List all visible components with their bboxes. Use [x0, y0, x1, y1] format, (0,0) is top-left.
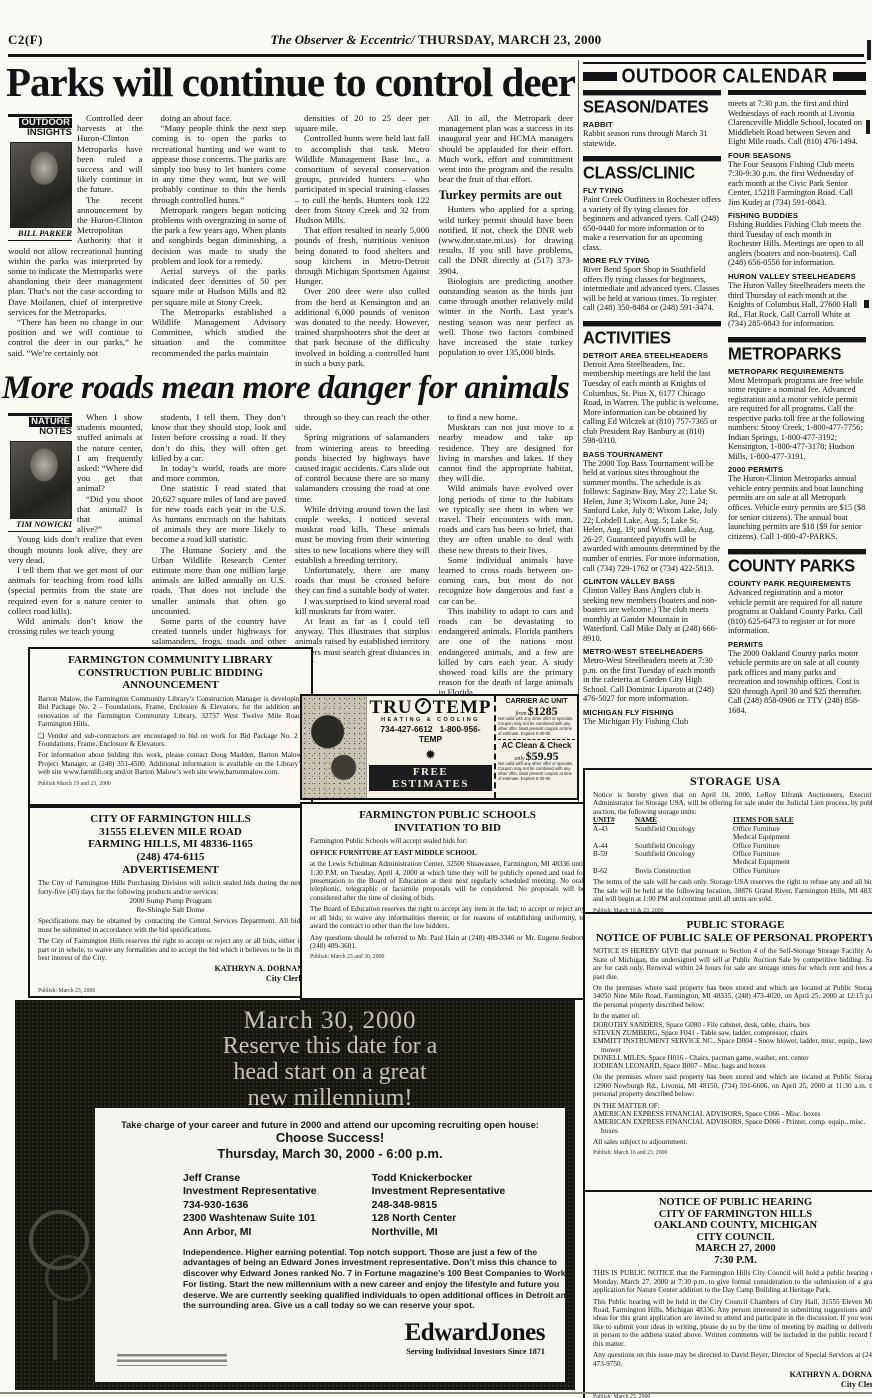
public-storage-lead2: IN THE MATTER OF: [593, 1102, 872, 1110]
edward-jones-headline: March 30, 2000 Reserve this date for ahe… [95, 1008, 565, 1112]
article2-col4: to find a new home.Muskrats can not just… [439, 412, 574, 696]
columnist-photo [10, 441, 72, 519]
calendar-col1: SEASON/DATESRABBITRabbit season runs thr… [583, 90, 721, 764]
scan-artifact [867, 40, 871, 60]
outdoor-calendar-title: OUTDOOR CALENDAR [622, 65, 828, 89]
publish-line: Publish: March 23, 2000 [38, 988, 303, 994]
public-storage-p4: All sales subject to adjournment. [593, 1138, 872, 1146]
public-storage-p1: NOTICE IS HEREBY GIVE that pursuant to S… [593, 947, 872, 981]
furnace-graphic [302, 696, 367, 798]
article1-col1: OUTDOOR INSIGHTS BILL PARKER Controlled … [8, 113, 143, 369]
city-notice-p1: The City of Farmington Hills Purchasing … [38, 879, 303, 896]
storage-usa-terms: The terms of the sale will be cash only.… [593, 878, 872, 903]
signature-title: City Clerk [593, 1380, 872, 1390]
publish-line: Publish: March 23, 2000 [593, 1394, 872, 1398]
ej-event-name: Choose Success! [115, 1130, 545, 1146]
starburst-icon: ✹ [425, 795, 436, 798]
public-storage-titles: PUBLIC STORAGENOTICE OF PUBLIC SALE OF P… [593, 919, 872, 944]
city-notice-p2: Specifications may be obtained by contac… [38, 917, 303, 934]
article1-col2: doing an about face.“Many people think t… [152, 113, 287, 369]
article1: OUTDOOR INSIGHTS BILL PARKER Controlled … [8, 113, 573, 369]
phone-local: 734-427-6612 [380, 724, 432, 734]
masthead: The Observer & Eccentric/ THURSDAY, MARC… [8, 32, 864, 48]
brand-right: TEMP [433, 697, 492, 718]
coupon1-fine-print: Not valid with any other offer or specia… [498, 717, 575, 736]
signature-name: KATHRYN A. DORNAN [593, 1370, 872, 1380]
ej-body-copy: Independence. Higher earning potential. … [183, 1247, 565, 1311]
brand-left: TRU [369, 697, 412, 718]
masthead-paper: The Observer & Eccentric/ [271, 32, 415, 47]
fine-print-smudge [117, 1354, 227, 1366]
outdoor-calendar-banner: OUTDOOR CALENDAR [583, 62, 866, 87]
edward-jones-logo: EdwardJones [115, 1319, 545, 1347]
glass-stem-graphic [53, 1300, 57, 1360]
signature-title: City Clerk [38, 974, 303, 984]
storage-usa-intro: Notice is hereby given that on April 18,… [593, 791, 872, 816]
starburst-icon: ✹ [425, 747, 436, 762]
article1-col3: densities of 20 to 25 deer per square mi… [295, 113, 430, 369]
header-rule [8, 54, 864, 57]
masthead-date: THURSDAY, MARCH 23, 2000 [418, 32, 602, 47]
edward-jones-ad: March 30, 2000 Reserve this date for ahe… [15, 1000, 575, 1390]
schools-notice-p2: at the Lewis Schulman Administration Cen… [310, 860, 585, 902]
ej-contacts: Jeff CranseInvestment Representative734-… [183, 1172, 545, 1240]
outdoor-calendar: SEASON/DATESRABBITRabbit season runs thr… [583, 90, 866, 764]
storage-usa-notice: STORAGE USA Notice is hereby given that … [583, 768, 872, 921]
public-storage-lead1: In the matter of: [593, 1012, 872, 1020]
hearing-notice-p2: This Public hearing will be held in the … [593, 1298, 872, 1349]
kicker-line2: NOTES [39, 426, 72, 437]
columnist-photo [10, 142, 72, 228]
storage-table-header: UNIT# NAME ITEMS FOR SALE [593, 816, 872, 824]
scan-artifact [864, 300, 869, 308]
publish-line: Publish March 19 and 23, 2000 [38, 781, 303, 787]
champagne-glass-graphic [45, 1255, 91, 1301]
publish-line: Publish: March 16 and 23, 2000 [593, 1150, 872, 1156]
public-storage-list1: DOROTHY SANDERS, Space G080 - File cabin… [593, 1021, 872, 1071]
library-notice-p2: For information about bidding this work,… [38, 751, 303, 776]
coupon2-fine-print: Not valid with any other offer or specia… [498, 762, 575, 781]
article1-byline: BILL PARKER [8, 229, 72, 241]
public-storage-p3: On the premises where said property has … [593, 1073, 872, 1098]
schools-invitation-to-bid: FARMINGTON PUBLIC SCHOOLSINVITATION TO B… [300, 802, 595, 1000]
storage-table-rows: A-43Southfield OncologyOffice FurnitureM… [593, 825, 872, 876]
library-notice-bullet: Vendor and sub-contractors are encourage… [38, 732, 303, 749]
outdoor-insights-kicker: OUTDOOR INSIGHTS [8, 114, 72, 139]
schools-notice-p3: The Board of Education reserves the righ… [310, 905, 585, 930]
public-storage-notice: PUBLIC STORAGENOTICE OF PUBLIC SALE OF P… [583, 912, 872, 1198]
signature: KATHRYN A. DORNAN City Clerk [38, 964, 303, 984]
public-storage-list2: AMERICAN EXPRESS FINANCIAL ADVISORS, Spa… [593, 1110, 872, 1135]
ej-intro: Take charge of your career and future in… [115, 1120, 545, 1130]
schools-notice-item: OFFICE FURNITURE AT EAST MIDDLE SCHOOL [310, 849, 585, 857]
trutemp-tagline: HEATING & COOLING [369, 717, 492, 723]
free-estimates-banner: ✹FREE ESTIMATES✹ [369, 744, 492, 798]
hearing-notice-p3: Any questions on this issue may be direc… [593, 1351, 872, 1368]
library-notice-titles: FARMINGTON COMMUNITY LIBRARYCONSTRUCTION… [38, 654, 303, 692]
city-notice-p3: The City of Farmington Hills reserves th… [38, 937, 303, 962]
trutemp-coupons: CARRIER AC UNIT from$1285 Not valid with… [494, 696, 577, 798]
coupon-divider [498, 739, 575, 740]
article1-col4: All in all, the Metropark deer managemen… [439, 113, 574, 369]
calendar-col2: meets at 7:30 p.m. the first and third W… [728, 90, 866, 764]
ej-date-line: March 30, 2000 [95, 1008, 565, 1034]
ej-event-datetime: Thursday, March 30, 2000 - 6:00 p.m. [115, 1146, 545, 1162]
article2-byline: TIM NOWICKI [8, 520, 72, 532]
storage-usa-title: STORAGE USA [593, 775, 872, 789]
library-bidding-notice: FARMINGTON COMMUNITY LIBRARYCONSTRUCTION… [28, 647, 313, 806]
city-notice-programs: 2000 Sump Pump ProgramRe-Shingle Salt Do… [38, 896, 303, 914]
trutemp-main: TRUTEMP HEATING & COOLING 734-427-6612 1… [367, 696, 494, 798]
trutemp-logo: TRUTEMP [369, 698, 492, 717]
ej-head-lines: Reserve this date for ahead start on a g… [95, 1034, 565, 1112]
city-advertisement-notice: CITY OF FARMINGTON HILLS31555 ELEVEN MIL… [28, 806, 313, 998]
edward-jones-panel: Take charge of your career and future in… [95, 1108, 565, 1382]
nature-notes-kicker: NATURE NOTES [8, 413, 72, 438]
city-notice-titles: CITY OF FARMINGTON HILLS31555 ELEVEN MIL… [38, 813, 303, 876]
public-storage-p2: On the premises where said property has … [593, 984, 872, 1009]
schools-notice-titles: FARMINGTON PUBLIC SCHOOLSINVITATION TO B… [310, 809, 585, 834]
library-notice-p1: Barton Malow, the Farmington Community L… [38, 695, 303, 729]
article1-columnist-inset: OUTDOOR INSIGHTS BILL PARKER [8, 114, 72, 241]
signature-name: KATHRYN A. DORNAN [38, 964, 303, 974]
hearing-notice-titles: NOTICE OF PUBLIC HEARINGCITY OF FARMINGT… [593, 1197, 872, 1266]
hearing-notice-p1: THIS IS PUBLIC NOTICE that the Farmingto… [593, 1269, 872, 1294]
article2-col3: through so they can reach the other side… [295, 412, 430, 696]
trutemp-ad: TRUTEMP HEATING & COOLING 734-427-6612 1… [300, 694, 579, 800]
article2-columnist-inset: NATURE NOTES TIM NOWICKI [8, 413, 72, 532]
public-hearing-notice: NOTICE OF PUBLIC HEARINGCITY OF FARMINGT… [583, 1190, 872, 1398]
schools-notice-p1: Farmington Public Schools will accept se… [310, 837, 585, 845]
thermostat-gauge-icon [415, 698, 431, 714]
page-bottom-rule [0, 1392, 872, 1394]
trutemp-phones: 734-427-6612 1-800-956-TEMP [369, 724, 492, 744]
publish-line: Publish: March 23 and 30, 2000 [310, 954, 585, 960]
page-header: C2(F) The Observer & Eccentric/ THURSDAY… [8, 30, 864, 52]
kicker-line2: INSIGHTS [27, 127, 72, 138]
article2-headline: More roads mean more danger for animals [2, 370, 574, 407]
schools-notice-p4: Any questions should be referred to Mr. … [310, 934, 585, 951]
newspaper-page: C2(F) The Observer & Eccentric/ THURSDAY… [0, 0, 872, 1398]
scan-artifact [866, 120, 870, 134]
signature: KATHRYN A. DORNAN City Clerk [593, 1370, 872, 1390]
article1-headline: Parks will continue to control deer [6, 58, 572, 106]
